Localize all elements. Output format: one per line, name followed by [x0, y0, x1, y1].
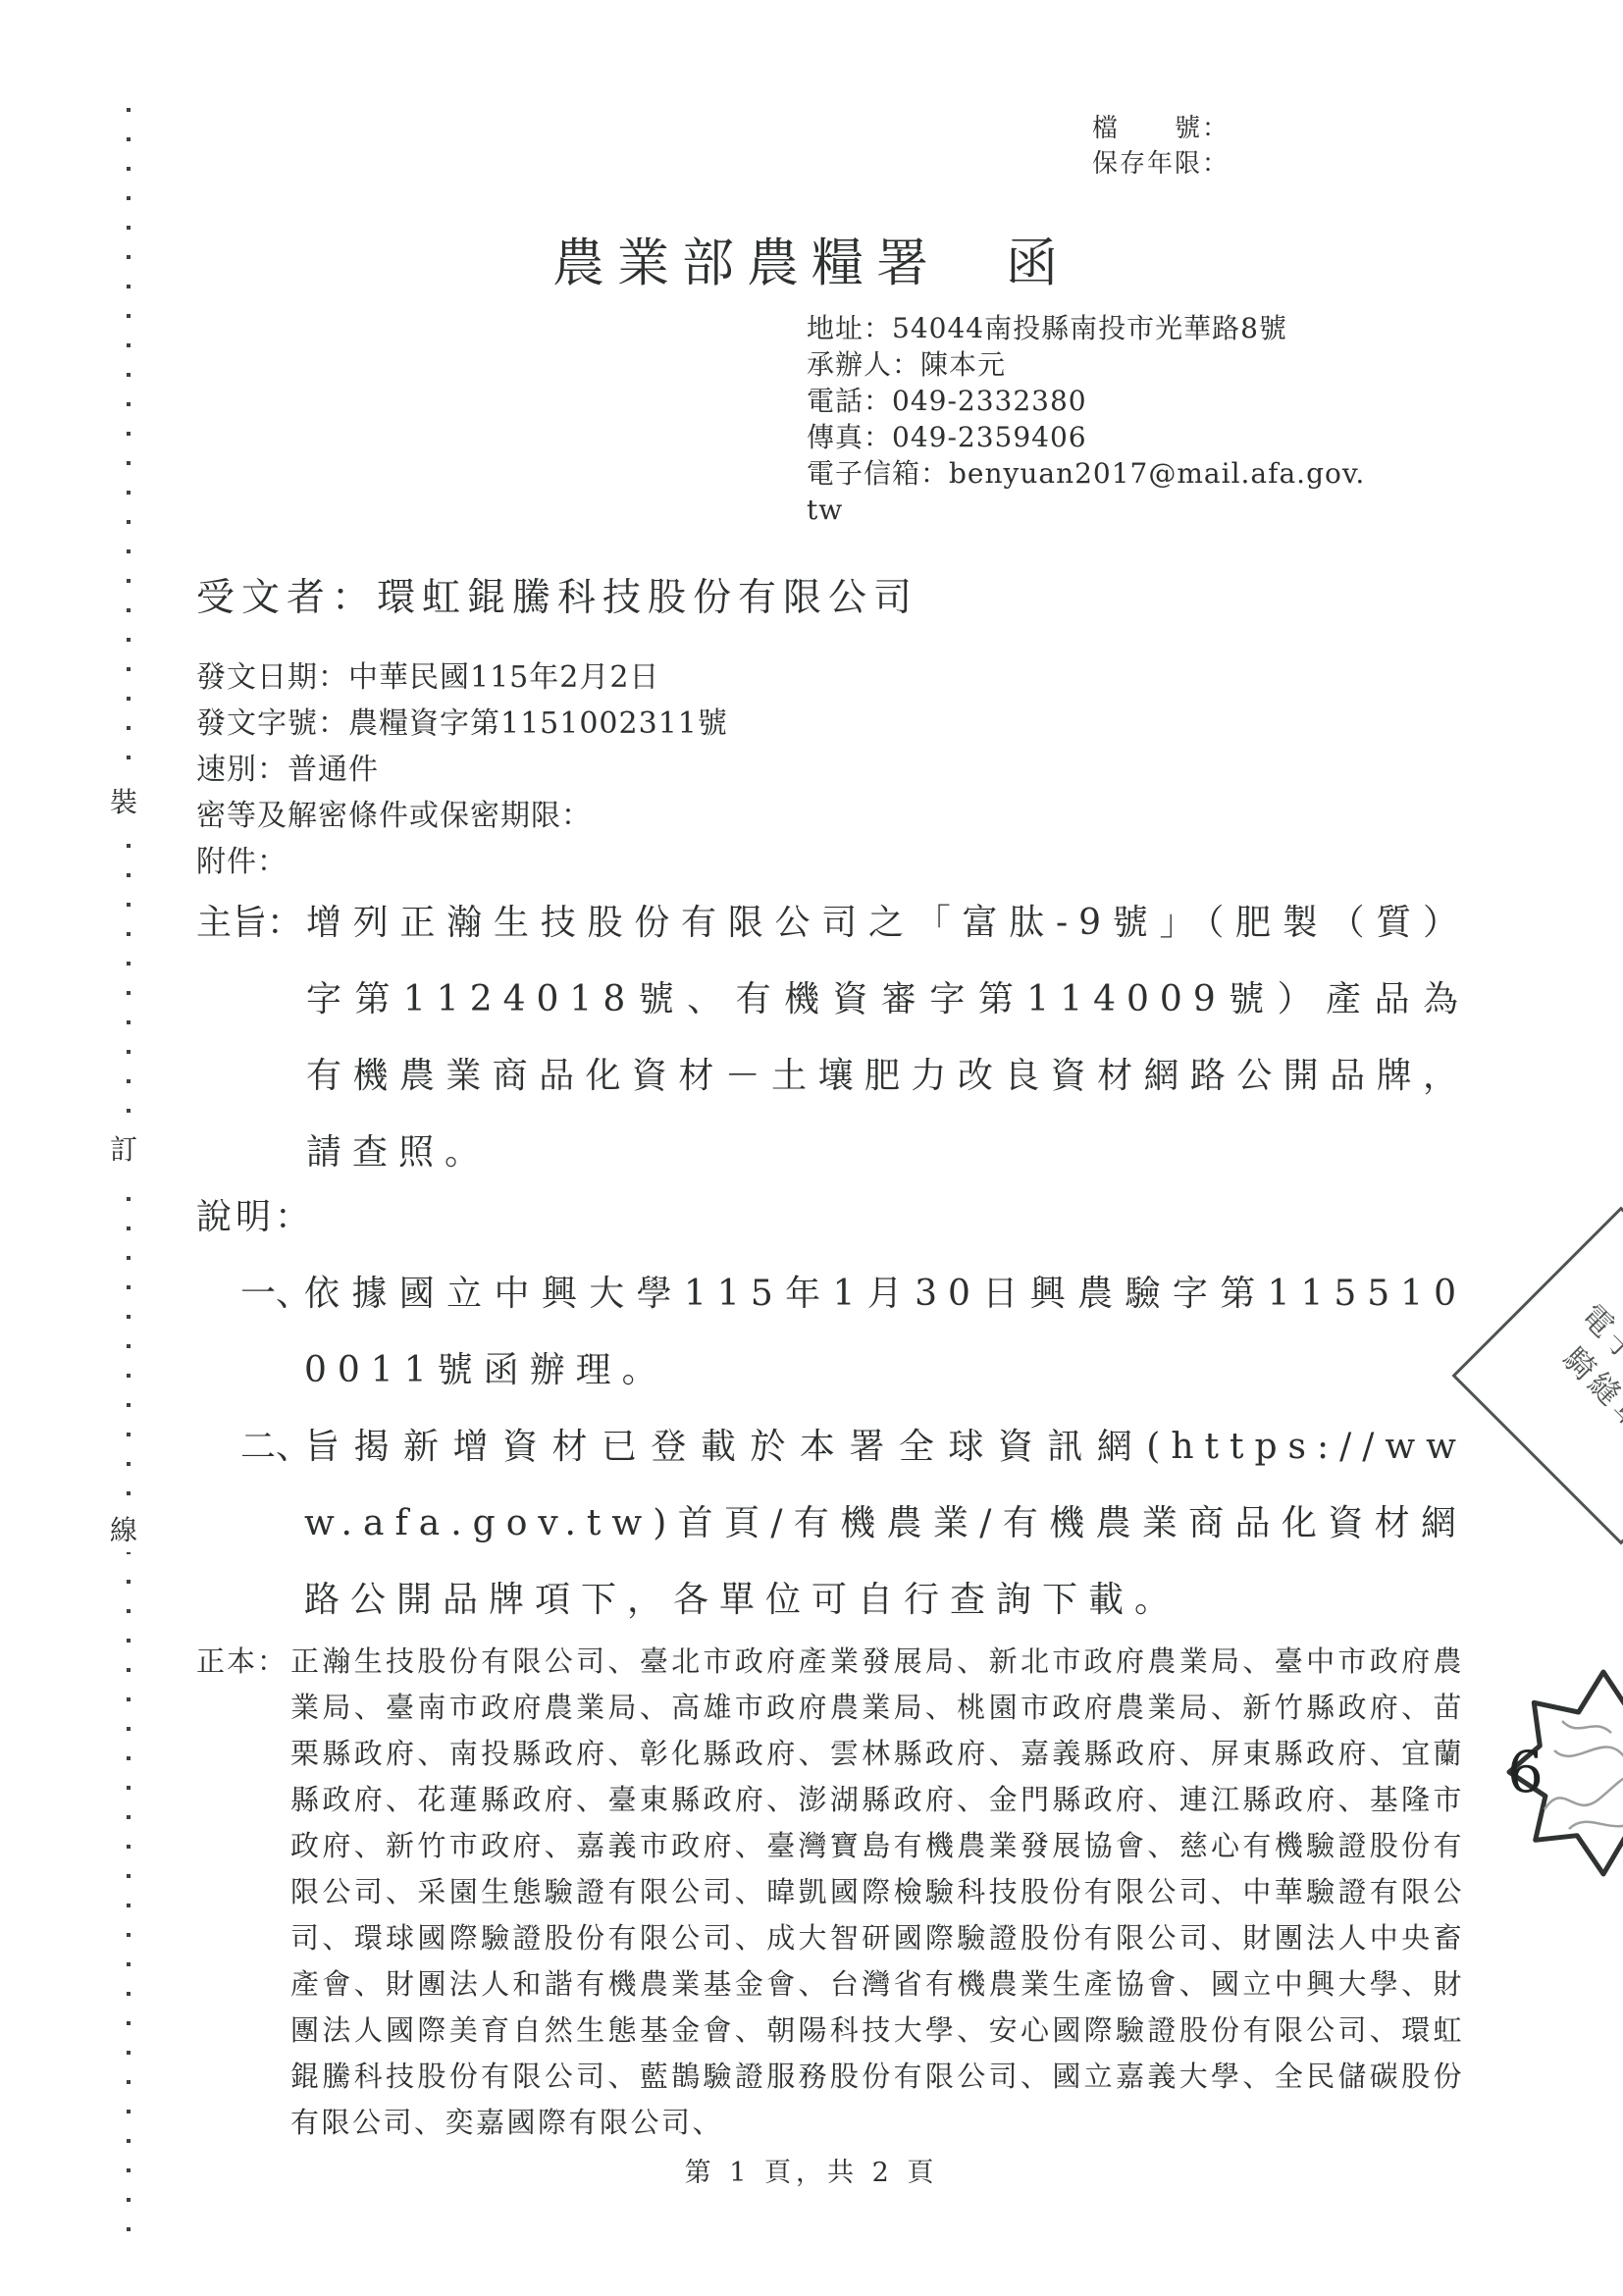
sender-info-block: 地址：54044南投縣南投市光華路8號 承辦人：陳本元 電話：049-23323… [807, 310, 1365, 528]
sender-email-line2: tw [807, 492, 1365, 528]
explanation-label: 說明： [196, 1179, 314, 1256]
explanation-item-2-text: 旨揭新增資材已登載於本署全球資訊網(https://www.afa.gov.tw… [304, 1409, 1467, 1639]
subject-label: 主旨： [196, 885, 306, 1191]
official-letter-page: 裝 訂 線 檔 號： 保存年限： 農業部農糧署 函 地址：54044南投縣南投市… [0, 0, 1623, 2296]
sender-address: 地址：54044南投縣南投市光華路8號 [807, 310, 1365, 346]
retention-period-label: 保存年限： [1092, 146, 1230, 182]
issue-number-line: 發文字號：農糧資字第1151002311號 [196, 701, 728, 747]
speed-class-line: 速別：普通件 [196, 747, 728, 793]
star-seal-texture-line [1569, 1819, 1623, 1829]
recipient-line: 受文者：環虹錕騰科技股份有限公司 [196, 567, 918, 622]
original-copy-list: 正瀚生技股份有限公司、臺北市政府產業發展局、新北市政府農業局、臺中市政府農業局、… [290, 1639, 1464, 2146]
explanation-item-2: 二、 旨揭新增資材已登載於本署全球資訊網(https://www.afa.gov… [240, 1409, 1467, 1639]
star-seal-texture-line [1554, 1747, 1623, 1765]
page-number-footer: 第 1 頁，共 2 頁 [0, 2151, 1623, 2189]
sender-fax: 傳真：049-2359406 [807, 419, 1365, 455]
star-seal: 6 [1476, 1662, 1623, 1888]
subject-block: 主旨： 增列正瀚生技股份有限公司之「富肽-9號」（肥製（質）字第1124018號… [196, 885, 1469, 1191]
star-seal-texture-line [1544, 1775, 1623, 1809]
attachment-line: 附件： [196, 839, 728, 885]
sender-email-line1: 電子信箱：benyuan2017@mail.afa.gov. [807, 455, 1365, 492]
subject-text: 增列正瀚生技股份有限公司之「富肽-9號」（肥製（質）字第1124018號、有機資… [306, 885, 1469, 1191]
original-copy-block: 正本： 正瀚生技股份有限公司、臺北市政府產業發展局、新北市政府農業局、臺中市政府… [196, 1639, 1464, 2146]
archive-label-block: 檔 號： 保存年限： [1092, 111, 1230, 182]
binding-char-ding: 訂 [100, 1128, 147, 1172]
binding-dotted-line [127, 108, 131, 2253]
sender-phone: 電話：049-2332380 [807, 383, 1365, 419]
document-meta-block: 發文日期：中華民國115年2月2日 發文字號：農糧資字第1151002311號 … [196, 654, 728, 885]
star-seal-number: 6 [1507, 1739, 1544, 1805]
electronic-exchange-stamp: 電子發文 騎縫章 [1501, 1256, 1623, 1501]
explanation-item-1-text: 依據國立中興大學115年1月30日興農驗字第1155100011號函辦理。 [304, 1256, 1467, 1409]
file-number-label: 檔 號： [1092, 111, 1230, 146]
issue-date-line: 發文日期：中華民國115年2月2日 [196, 654, 728, 701]
star-seal-texture-line [1562, 1721, 1611, 1733]
document-title: 農業部農糧署 函 [0, 222, 1623, 296]
original-copy-label: 正本： [196, 1639, 290, 2146]
explanation-item-1-number: 一、 [240, 1256, 304, 1409]
explanation-item-1: 一、 依據國立中興大學115年1月30日興農驗字第1155100011號函辦理。 [240, 1256, 1467, 1409]
sender-contact-person: 承辦人：陳本元 [807, 346, 1365, 383]
binding-char-xian: 線 [100, 1509, 147, 1552]
security-class-line: 密等及解密條件或保密期限： [196, 793, 728, 839]
electronic-exchange-stamp-border: 電子發文 騎縫章 [1451, 1206, 1623, 1544]
binding-char-zhuang: 裝 [100, 781, 147, 824]
explanation-item-2-number: 二、 [240, 1409, 304, 1639]
